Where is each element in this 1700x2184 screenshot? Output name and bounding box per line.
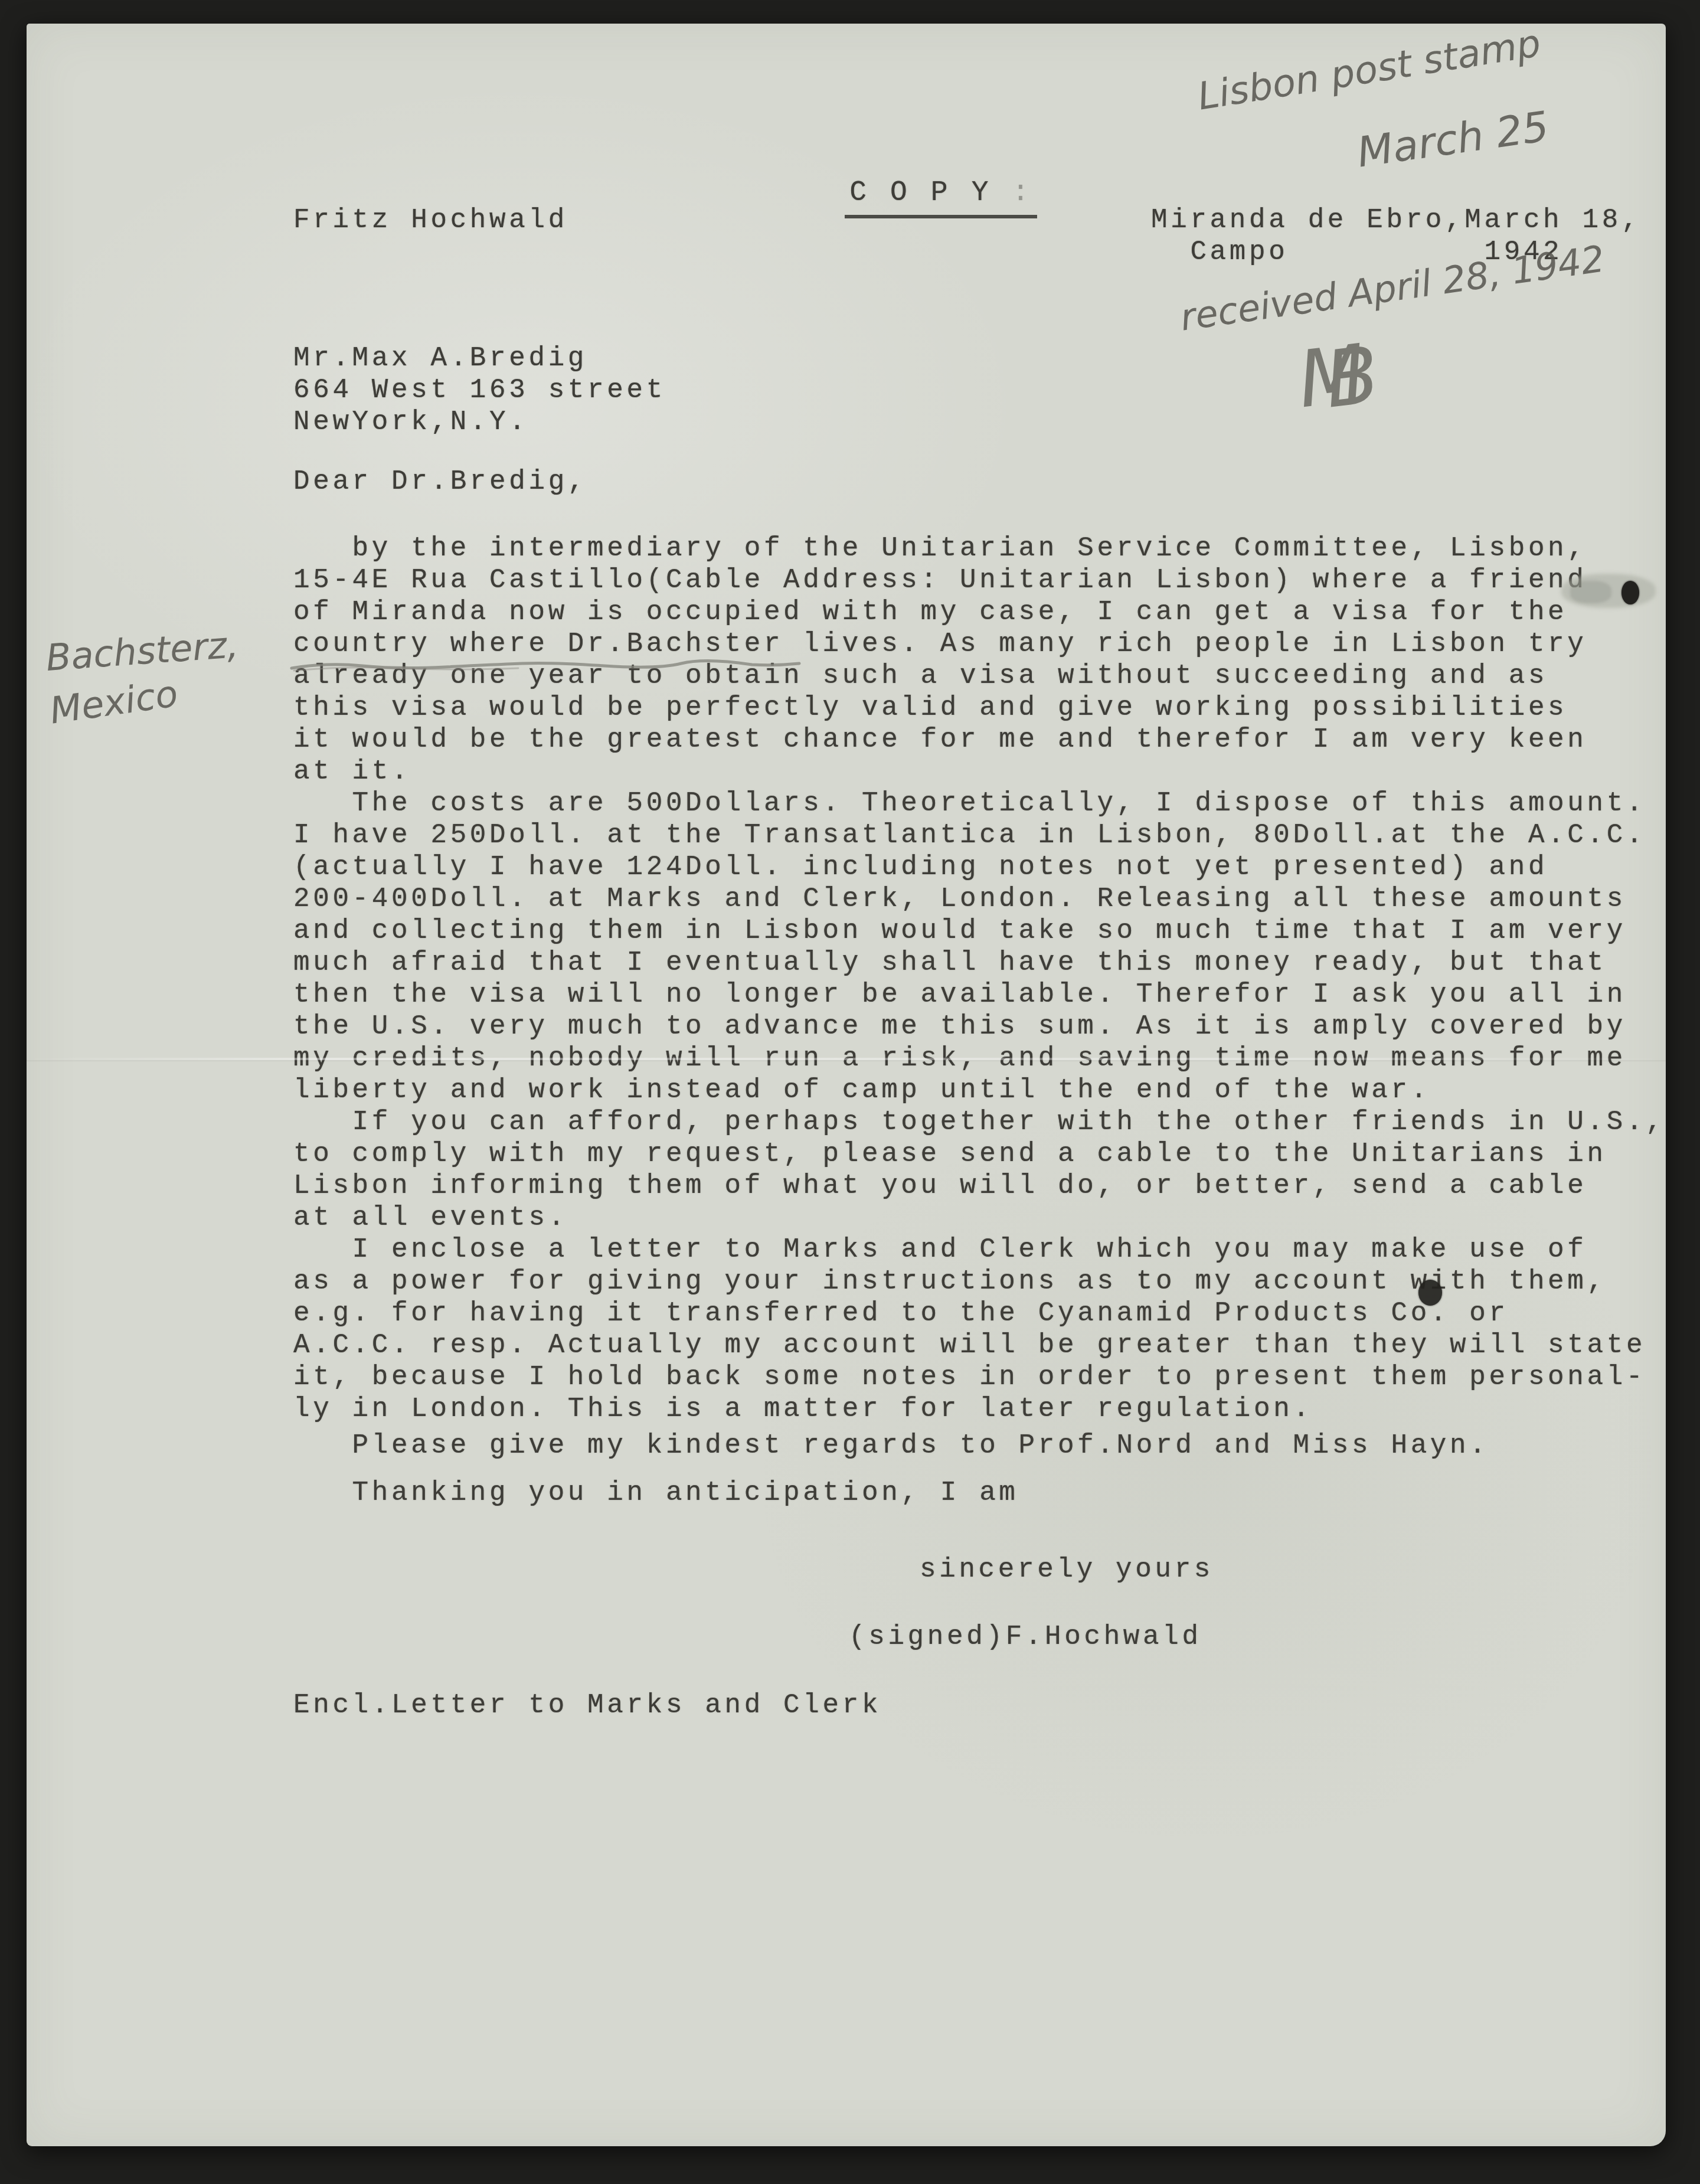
signature-line: (signed)F.Hochwald bbox=[849, 1621, 1202, 1653]
copy-heading-colon: : bbox=[992, 177, 1032, 209]
regards-line: Please give my kindest regards to Prof.N… bbox=[293, 1430, 1489, 1462]
copy-heading: C O P Y : bbox=[732, 145, 1037, 241]
recipient-street: 664 West 163 street bbox=[293, 374, 666, 406]
enclosure-line: Encl.Letter to Marks and Clerk bbox=[293, 1689, 881, 1721]
body-paragraph-4: I enclose a letter to Marks and Clerk wh… bbox=[293, 1234, 1646, 1425]
ink-blot bbox=[1621, 581, 1639, 604]
closing-phrase: sincerely yours bbox=[920, 1554, 1214, 1585]
monogram-letter-b: B bbox=[1320, 329, 1384, 426]
body-paragraph-3: If you can afford, perhaps together with… bbox=[293, 1106, 1665, 1234]
letter-page: C O P Y : Fritz Hochwald Miranda de Ebro… bbox=[27, 24, 1666, 2146]
thanks-line: Thanking you in anticipation, I am bbox=[293, 1477, 1019, 1509]
fold-crease bbox=[27, 1058, 1666, 1060]
dateline-place: Miranda de Ebro,March 18, bbox=[1151, 204, 1641, 236]
salutation: Dear Dr.Bredig, bbox=[293, 466, 587, 498]
handwritten-margin-note-name: Bachsterz, bbox=[44, 623, 240, 679]
handwritten-postmark-date: March 25 bbox=[1354, 102, 1551, 177]
ink-blot-co bbox=[1418, 1280, 1442, 1306]
handwritten-monogram: MB bbox=[1293, 326, 1384, 426]
erased-word-smear bbox=[1570, 581, 1611, 603]
handwritten-margin-note-place: Mexico bbox=[47, 672, 181, 733]
handwritten-postmark-note: Lisbon post stamp bbox=[1195, 22, 1544, 119]
copy-heading-text: C O P Y bbox=[849, 177, 992, 209]
sender-name: Fritz Hochwald bbox=[293, 204, 568, 236]
recipient-name: Mr.Max A.Bredig bbox=[293, 342, 587, 374]
recipient-city: NewYork,N.Y. bbox=[293, 406, 528, 438]
photograph-mat: C O P Y : Fritz Hochwald Miranda de Ebro… bbox=[0, 0, 1700, 2184]
pencil-underline bbox=[288, 656, 807, 674]
